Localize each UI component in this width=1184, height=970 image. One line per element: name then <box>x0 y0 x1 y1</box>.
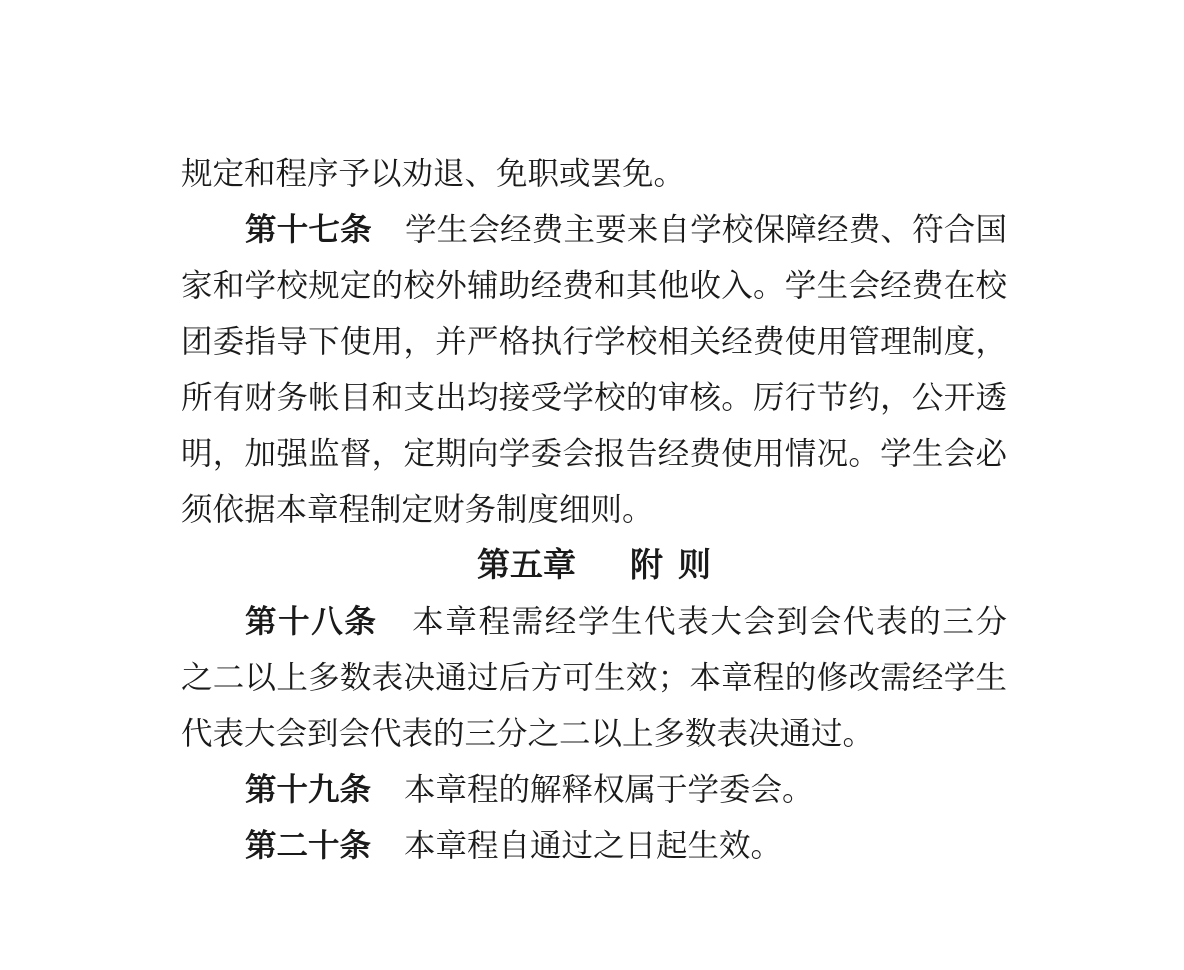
article-17-line: 家和学校规定的校外辅助经费和其他收入。学生会经费在校 <box>181 258 1007 314</box>
article-20-label: 第二十条 <box>245 828 371 863</box>
chapter-title-char-2: 则 <box>678 548 711 584</box>
body-text: 家和学校规定的校外辅助经费和其他收入。学生会经费在校 <box>181 268 1007 303</box>
chapter-number: 第五章 <box>477 548 576 584</box>
body-text: 本章程自通过之日起生效。 <box>404 828 782 863</box>
body-text: 须依据本章程制定财务制度细则。 <box>181 492 654 527</box>
body-text: 本章程需经学生代表大会到会代表的三分 <box>411 604 1007 639</box>
article-17-last-line: 须依据本章程制定财务制度细则。 <box>181 482 1007 538</box>
body-text: 所有财务帐目和支出均接受学校的审核。厉行节约，公开透 <box>181 380 1007 415</box>
article-17-label: 第十七条 <box>245 212 372 247</box>
article-18-line: 之二以上多数表决通过后方可生效；本章程的修改需经学生 <box>181 650 1007 706</box>
label-gap <box>378 631 411 632</box>
body-text: 本章程的解释权属于学委会。 <box>404 772 814 807</box>
body-text: 之二以上多数表决通过后方可生效；本章程的修改需经学生 <box>181 660 1007 695</box>
article-17-line: 团委指导下使用，并严格执行学校相关经费使用管理制度， <box>181 314 1007 370</box>
article-17-line: 所有财务帐目和支出均接受学校的审核。厉行节约，公开透 <box>181 370 1007 426</box>
body-text: 团委指导下使用，并严格执行学校相关经费使用管理制度， <box>181 324 1007 359</box>
chapter-title-char-1: 附 <box>630 548 663 584</box>
label-gap <box>371 855 404 856</box>
document-text-block: 规定和程序予以劝退、免职或罢免。 第十七条学生会经费主要来自学校保障经费、符合国… <box>181 146 1007 874</box>
document-page: { "page": { "background": "#ffffff", "te… <box>0 0 1184 970</box>
article-18-first-line: 第十八条本章程需经学生代表大会到会代表的三分 <box>181 594 1007 650</box>
article-20-line: 第二十条本章程自通过之日起生效。 <box>181 818 1007 874</box>
article-17-first-line: 第十七条学生会经费主要来自学校保障经费、符合国 <box>181 202 1007 258</box>
body-text: 学生会经费主要来自学校保障经费、符合国 <box>405 212 1007 247</box>
article-17-line: 明，加强监督，定期向学委会报告经费使用情况。学生会必 <box>181 426 1007 482</box>
heading-small-gap <box>663 575 678 576</box>
article-19-line: 第十九条本章程的解释权属于学委会。 <box>181 762 1007 818</box>
paragraph-continuation-line: 规定和程序予以劝退、免职或罢免。 <box>181 146 1007 202</box>
heading-gap <box>576 575 630 576</box>
body-text: 代表大会到会代表的三分之二以上多数表决通过。 <box>181 716 874 751</box>
body-text: 明，加强监督，定期向学委会报告经费使用情况。学生会必 <box>181 436 1007 471</box>
article-19-label: 第十九条 <box>245 772 371 807</box>
label-gap <box>371 799 404 800</box>
article-18-label: 第十八条 <box>245 604 378 639</box>
label-gap <box>372 239 405 240</box>
chapter-5-heading: 第五章附则 <box>181 538 1007 594</box>
body-text: 规定和程序予以劝退、免职或罢免。 <box>181 156 685 191</box>
article-18-last-line: 代表大会到会代表的三分之二以上多数表决通过。 <box>181 706 1007 762</box>
